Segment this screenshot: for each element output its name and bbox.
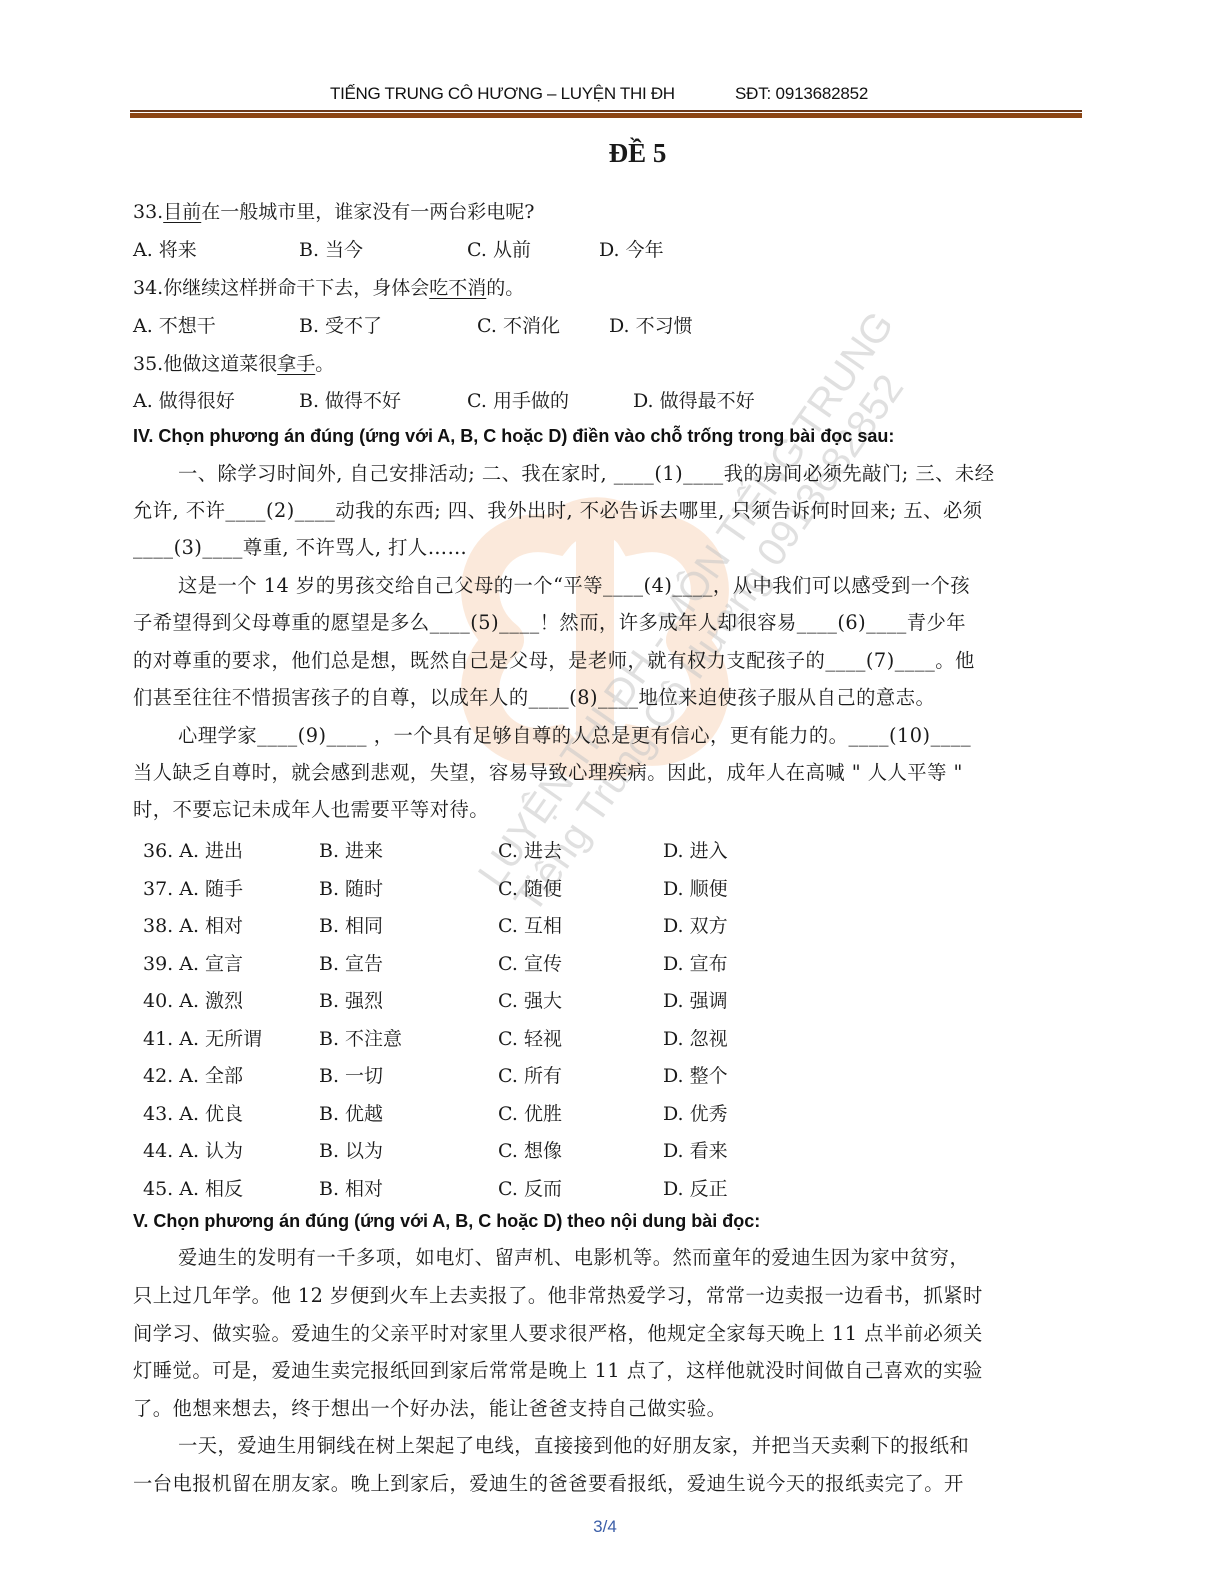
question-35-options: A. 做得很好 B. 做得不好 C. 用手做的 D. 做得最不好	[133, 389, 833, 413]
passage-line: 了。他想来想去，终于想出一个好办法，能让爸爸支持自己做实验。	[133, 1397, 1078, 1421]
choice-d: D. 顺便	[663, 874, 728, 901]
choice-b: B. 以为	[319, 1136, 383, 1163]
choice-a: 36. A. 进出	[143, 836, 243, 863]
header-title: TIẾNG TRUNG CÔ HƯƠNG – LUYỆN THI ĐH	[330, 84, 675, 104]
choice-b: B. 相同	[319, 911, 383, 938]
passage-line: 的对尊重的要求，他们总是想，既然自己是父母，是老师，就有权力支配孩子的____(…	[133, 649, 1078, 673]
question-stem-end: 的。	[486, 277, 524, 299]
passage-line: 一、除学习时间外, 自己安排活动; 二、我在家时, ____(1)____我的房…	[133, 462, 1123, 486]
choice-c: C. 随便	[498, 874, 562, 901]
choice-row-43: 43. A. 优良 B. 优越 C. 优胜 D. 优秀	[143, 1099, 843, 1123]
choice-b: B. 不注意	[319, 1024, 402, 1051]
option-c: C. 从前	[467, 238, 531, 262]
choice-row-36: 36. A. 进出 B. 进来 C. 进去 D. 进入	[143, 836, 843, 860]
choice-a: 44. A. 认为	[143, 1136, 243, 1163]
question-35: 35.他做这道菜很拿手。	[133, 352, 334, 376]
choice-b: B. 宣告	[319, 949, 383, 976]
choice-b: B. 优越	[319, 1099, 383, 1126]
choice-row-39: 39. A. 宣言 B. 宣告 C. 宣传 D. 宣布	[143, 949, 843, 973]
header-rule-thick	[130, 113, 1082, 118]
choice-a: 40. A. 激烈	[143, 986, 243, 1013]
choice-a: 45. A. 相反	[143, 1174, 243, 1201]
section-iv-heading: IV. Chọn phương án đúng (ứng với A, B, C…	[133, 426, 894, 447]
choice-d: D. 强调	[663, 986, 728, 1013]
section-v-heading: V. Chọn phương án đúng (ứng với A, B, C …	[133, 1211, 760, 1232]
passage-line: 允许, 不许____(2)____动我的东西; 四、我外出时, 不必告诉去哪里,…	[133, 499, 1078, 523]
question-stem-end: 。	[315, 353, 334, 375]
passage-line: 这是一个 14 岁的男孩交给自己父母的一个“平等____(4)____，从中我们…	[133, 574, 1123, 598]
passage-line: 当人缺乏自尊时，就会感到悲观，失望，容易导致心理疾病。因此，成年人在高喊 " 人…	[133, 761, 1078, 785]
choice-b: B. 随时	[319, 874, 383, 901]
choice-row-40: 40. A. 激烈 B. 强烈 C. 强大 D. 强调	[143, 986, 843, 1010]
question-stem: 你继续这样拼命干下去，身体会	[163, 277, 429, 299]
choice-c: C. 进去	[498, 836, 562, 863]
choice-row-44: 44. A. 认为 B. 以为 C. 想像 D. 看来	[143, 1136, 843, 1160]
choice-d: D. 双方	[663, 911, 728, 938]
header-rule-thin	[130, 110, 1082, 112]
option-d: D. 今年	[599, 238, 664, 262]
option-c: C. 用手做的	[467, 389, 569, 413]
page-header: TIẾNG TRUNG CÔ HƯƠNG – LUYỆN THI ĐH SĐT:…	[130, 84, 1082, 108]
passage-line: 一天，爱迪生用铜线在树上架起了电线，直接接到他的好朋友家，并把当天卖剩下的报纸和	[133, 1434, 1123, 1458]
passage-line: 心理学家____(9)____ ，一个具有足够自尊的人总是更有信心，更有能力的。…	[133, 724, 1123, 748]
choice-c: C. 优胜	[498, 1099, 562, 1126]
passage-line: 子希望得到父母尊重的愿望是多么____(5)____！然而，许多成年人却很容易_…	[133, 611, 1078, 635]
header-phone: SĐT: 0913682852	[735, 84, 868, 104]
choice-row-41: 41. A. 无所谓 B. 不注意 C. 轻视 D. 忽视	[143, 1024, 843, 1048]
choice-b: B. 相对	[319, 1174, 383, 1201]
choice-c: C. 强大	[498, 986, 562, 1013]
choice-d: D. 优秀	[663, 1099, 728, 1126]
question-33-options: A. 将来 B. 当今 C. 从前 D. 今年	[133, 238, 833, 262]
question-stem: 在一般城市里，谁家没有一两台彩电呢?	[201, 201, 534, 223]
page-number: 3/4	[0, 1517, 1210, 1537]
passage-line: 爱迪生的发明有一千多项，如电灯、留声机、电影机等。然而童年的爱迪生因为家中贫穷，	[133, 1246, 1123, 1270]
passage-line: ____(3)____尊重, 不许骂人, 打人……	[133, 536, 1078, 560]
choice-c: C. 所有	[498, 1061, 562, 1088]
underlined-word: 拿手	[277, 353, 315, 375]
choice-d: D. 进入	[663, 836, 728, 863]
option-a: A. 做得很好	[133, 389, 235, 413]
option-d: D. 不习惯	[609, 314, 693, 338]
passage-line: 时，不要忘记未成年人也需要平等对待。	[133, 798, 1078, 822]
choice-b: B. 一切	[319, 1061, 383, 1088]
choice-d: D. 忽视	[663, 1024, 728, 1051]
option-b: B. 当今	[299, 238, 363, 262]
option-b: B. 受不了	[299, 314, 382, 338]
question-33: 33.目前在一般城市里，谁家没有一两台彩电呢?	[133, 200, 534, 224]
document-page: LUYỆN THI ĐH - MÔN TIẾNG TRUNG Tiếng Tru…	[0, 0, 1225, 1585]
choice-row-37: 37. A. 随手 B. 随时 C. 随便 D. 顺便	[143, 874, 843, 898]
choice-row-42: 42. A. 全部 B. 一切 C. 所有 D. 整个	[143, 1061, 843, 1085]
choice-a: 42. A. 全部	[143, 1061, 243, 1088]
choice-d: D. 宣布	[663, 949, 728, 976]
choice-row-38: 38. A. 相对 B. 相同 C. 互相 D. 双方	[143, 911, 843, 935]
choice-a: 37. A. 随手	[143, 874, 243, 901]
question-number: 33.	[133, 201, 163, 223]
option-c: C. 不消化	[477, 314, 560, 338]
choice-c: C. 想像	[498, 1136, 562, 1163]
question-number: 35.	[133, 353, 163, 375]
choice-a: 43. A. 优良	[143, 1099, 243, 1126]
question-34-options: A. 不想干 B. 受不了 C. 不消化 D. 不习惯	[133, 314, 833, 338]
choice-c: C. 互相	[498, 911, 562, 938]
option-a: A. 不想干	[133, 314, 216, 338]
choice-c: C. 反而	[498, 1174, 562, 1201]
question-number: 34.	[133, 277, 163, 299]
choice-c: C. 轻视	[498, 1024, 562, 1051]
choice-a: 41. A. 无所谓	[143, 1024, 262, 1051]
choice-d: D. 反正	[663, 1174, 728, 1201]
underlined-word: 吃不消	[429, 277, 486, 299]
passage-line: 间学习、做实验。爱迪生的父亲平时对家里人要求很严格，他规定全家每天晚上 11 点…	[133, 1322, 1078, 1346]
question-34: 34.你继续这样拼命干下去，身体会吃不消的。	[133, 276, 524, 300]
exam-title: ĐỀ 5	[0, 138, 1225, 169]
underlined-word: 目前	[163, 201, 201, 223]
choice-c: C. 宣传	[498, 949, 562, 976]
passage-line: 一台电报机留在朋友家。晚上到家后，爱迪生的爸爸要看报纸，爱迪生说今天的报纸卖完了…	[133, 1472, 1078, 1496]
choice-d: D. 看来	[663, 1136, 728, 1163]
choice-a: 38. A. 相对	[143, 911, 243, 938]
choice-b: B. 进来	[319, 836, 383, 863]
choice-d: D. 整个	[663, 1061, 728, 1088]
option-a: A. 将来	[133, 238, 197, 262]
passage-line: 只上过几年学。他 12 岁便到火车上去卖报了。他非常热爱学习，常常一边卖报一边看…	[133, 1284, 1078, 1308]
choice-b: B. 强烈	[319, 986, 383, 1013]
choice-a: 39. A. 宣言	[143, 949, 243, 976]
option-b: B. 做得不好	[299, 389, 401, 413]
question-stem: 他做这道菜很	[163, 353, 277, 375]
option-d: D. 做得最不好	[633, 389, 755, 413]
passage-line: 们甚至往往不惜损害孩子的自尊，以成年人的____(8)____地位来迫使孩子服从…	[133, 686, 1078, 710]
choice-row-45: 45. A. 相反 B. 相对 C. 反而 D. 反正	[143, 1174, 843, 1198]
passage-line: 灯睡觉。可是，爱迪生卖完报纸回到家后常常是晚上 11 点了，这样他就没时间做自己…	[133, 1359, 1078, 1383]
